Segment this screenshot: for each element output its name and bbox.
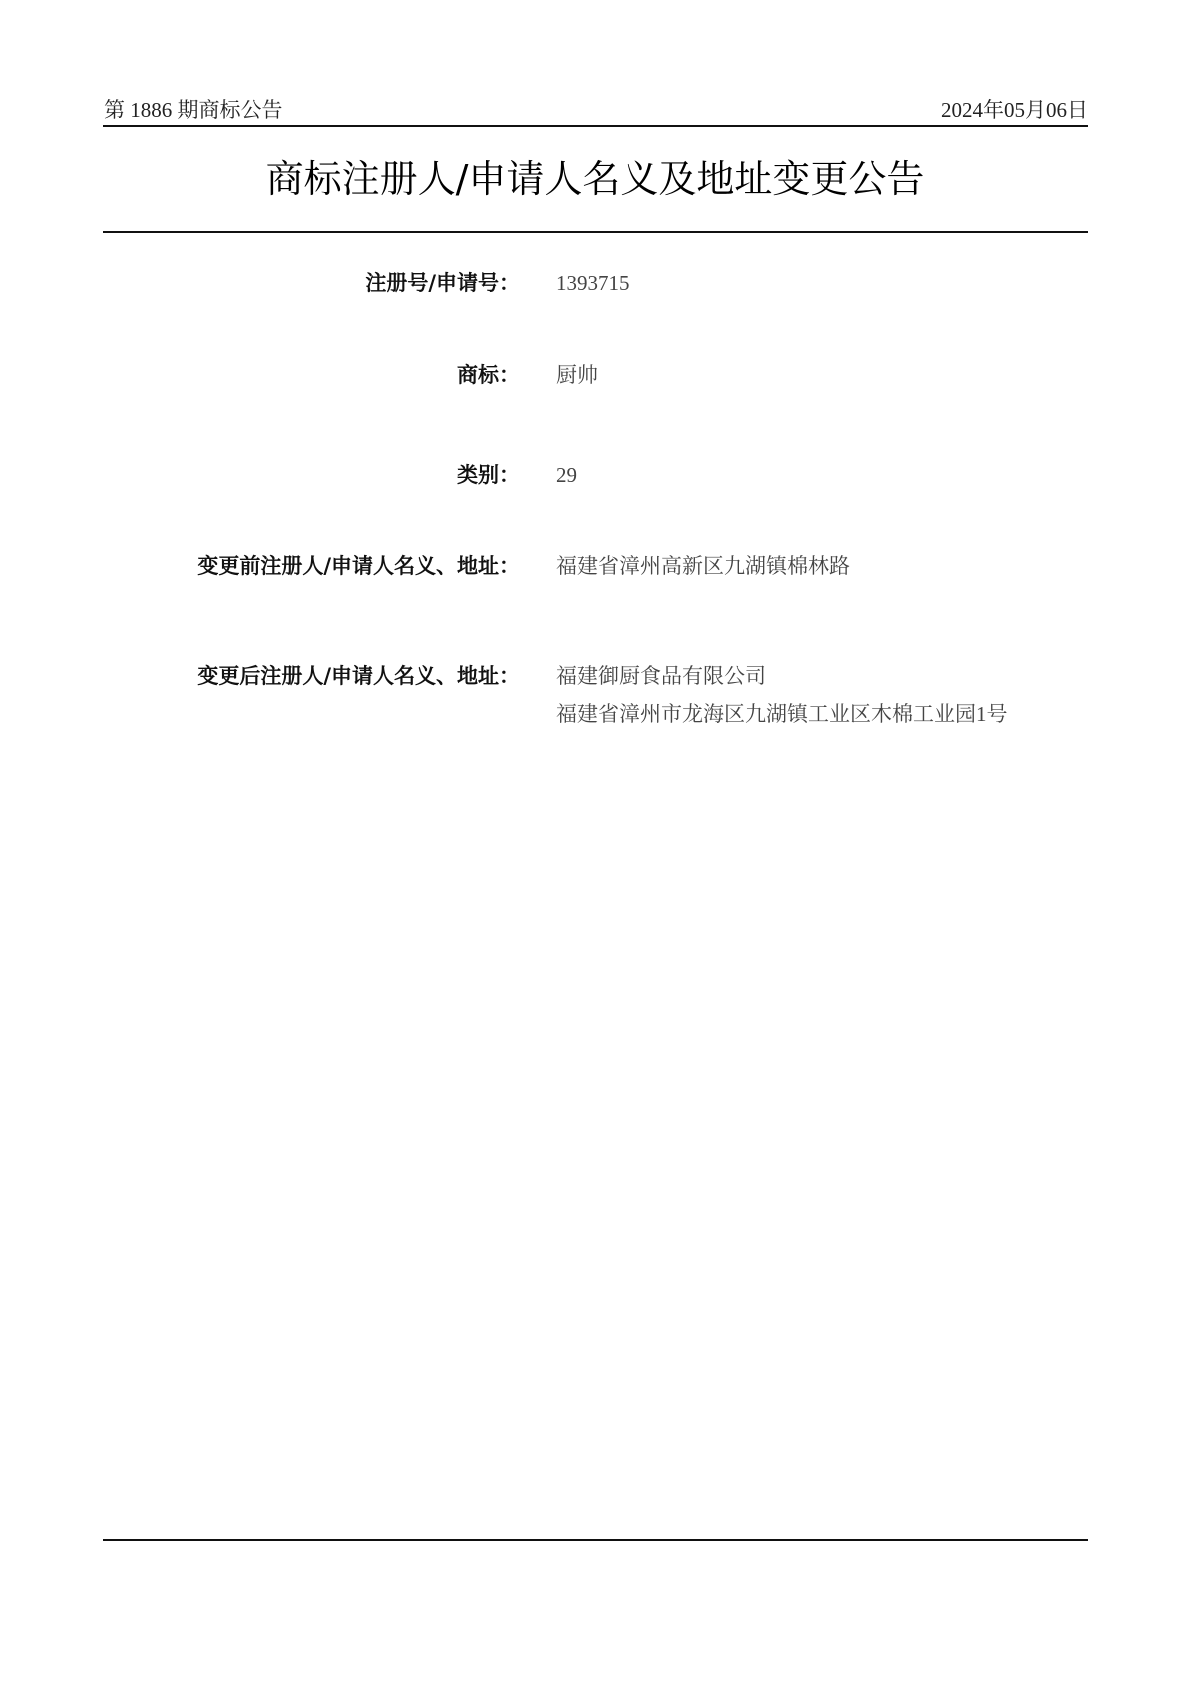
field-value: 1393715 [556,268,630,298]
new-owner-name: 福建御厨食品有限公司 [556,657,1008,695]
field-trademark: 商标： 厨帅 [0,360,1190,390]
new-owner-address: 福建省漳州市龙海区九湖镇工业区木棉工业园1号 [556,695,1008,733]
footer-divider [103,1539,1088,1541]
header-divider [103,125,1088,127]
field-value: 福建省漳州高新区九湖镇棉林路 [556,551,850,581]
publication-date: 2024年05月06日 [941,94,1088,124]
field-label: 类别： [0,460,520,490]
field-after-change: 变更后注册人/申请人名义、地址： 福建御厨食品有限公司 福建省漳州市龙海区九湖镇… [0,661,1190,733]
field-registration-number: 注册号/申请号： 1393715 [0,268,1190,298]
field-class: 类别： 29 [0,460,1190,490]
field-label: 变更后注册人/申请人名义、地址： [0,661,520,691]
issue-number: 第 1886 期商标公告 [104,94,283,124]
field-label: 变更前注册人/申请人名义、地址： [0,551,520,581]
field-value: 厨帅 [556,360,598,390]
page-header: 第 1886 期商标公告 2024年05月06日 [104,92,1088,124]
document-title: 商标注册人/申请人名义及地址变更公告 [0,148,1190,203]
field-before-change: 变更前注册人/申请人名义、地址： 福建省漳州高新区九湖镇棉林路 [0,551,1190,581]
field-value: 福建御厨食品有限公司 福建省漳州市龙海区九湖镇工业区木棉工业园1号 [556,657,1008,733]
title-divider [103,231,1088,233]
field-label: 商标： [0,360,520,390]
field-value: 29 [556,460,577,490]
field-label: 注册号/申请号： [0,268,520,298]
